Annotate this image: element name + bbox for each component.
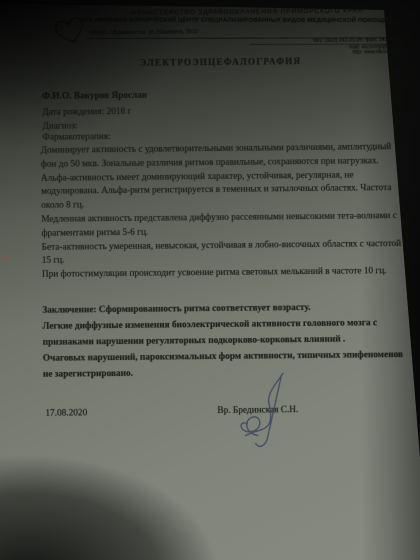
header-address: 690091, г.Владивосток, ул.Уборевича, 30/… [89, 29, 199, 36]
document-title: ЭЛЕКТРОЭНЦЕФАЛОГРАФИЯ [61, 55, 381, 68]
findings-paragraphs: Доминирует активность с удовлетворительн… [41, 141, 408, 283]
findings-line: При фотостимуляции происходит усвоение р… [42, 265, 408, 283]
patient-diagnosis-label: Диагноз: [42, 121, 77, 131]
document-content: МИНИСТЕРСТВО ЗДРАВООХРАНЕНИЯ ПРИМОРСКОГО… [0, 0, 420, 560]
conclusion-line: не зарегистрировано. [43, 363, 409, 383]
header-organization: ГАУЗ «КРАЕВОЙ КЛИНИЧЕСКИЙ ЦЕНТР СПЕЦИАЛИ… [69, 17, 399, 24]
conclusion-block: Заключение: Сформированность ритма соотв… [42, 299, 409, 383]
patient-fio: Ф.И.О. Вакуров Ярослав [42, 91, 147, 102]
header-ministry: МИНИСТЕРСТВО ЗДРАВООХРАНЕНИЯ ПРИМОРСКОГО… [92, 7, 402, 17]
patient-birthdate: Дата рождения: 2018 г [42, 107, 131, 118]
document-photo: МИНИСТЕРСТВО ЗДРАВООХРАНЕНИЯ ПРИМОРСКОГО… [0, 0, 420, 560]
document-date: 17.08.2020 [45, 408, 87, 418]
red-smudge-mark [2, 255, 9, 260]
doctor-signature [229, 371, 316, 462]
patient-pharmacotherapy-label: Фармакотерапия: [42, 132, 110, 143]
